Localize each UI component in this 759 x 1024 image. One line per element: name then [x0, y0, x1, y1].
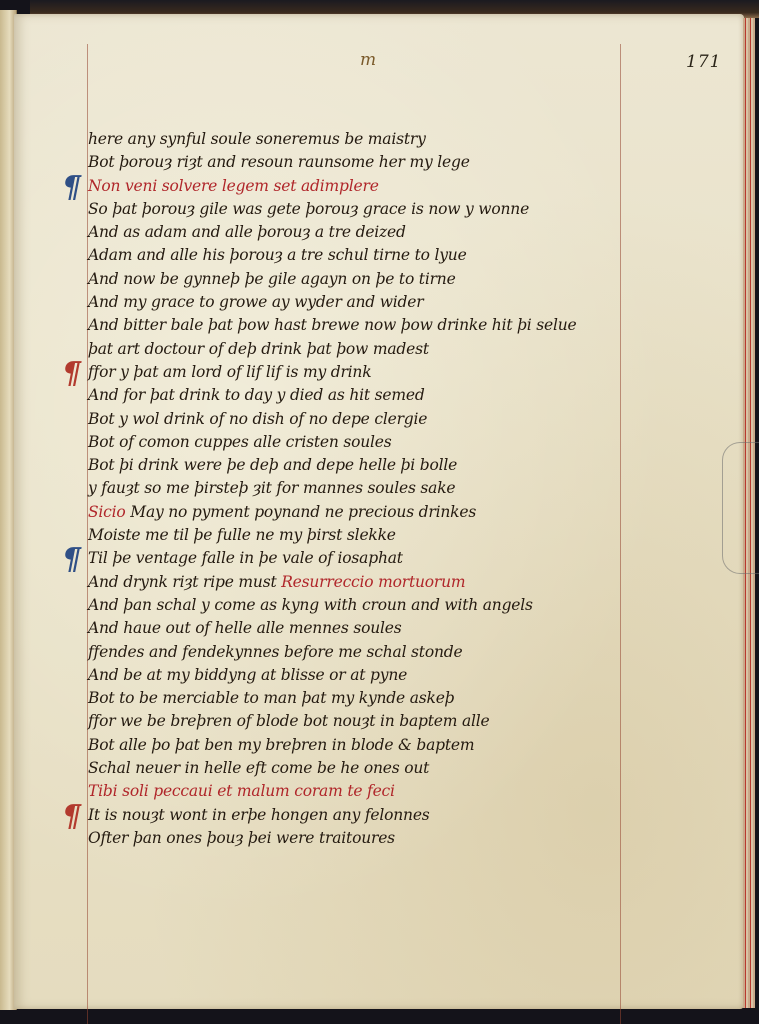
line-text: And my grace to growe ay wyder and wider — [88, 293, 423, 311]
line-text: And þan schal y come as kyng with croun … — [88, 596, 533, 614]
text-line: Moiste me til þe fulle ne my þirst slekk… — [88, 524, 708, 547]
text-line: Ofter þan ones þouȝ þei were traitoures — [88, 827, 708, 850]
text-line: And haue out of helle alle mennes soules — [88, 617, 708, 640]
text-line: ffendes and fendekynnes before me schal … — [88, 641, 708, 664]
line-text: And now be gynneþ þe gile agayn on þe to… — [88, 270, 456, 288]
text-line: And my grace to growe ay wyder and wider — [88, 291, 708, 314]
line-text: And haue out of helle alle mennes soules — [88, 619, 401, 637]
line-text: And for þat drink to day y died as hit s… — [88, 386, 425, 404]
line-text: þat art doctour of deþ drink þat þow mad… — [88, 340, 429, 358]
rubric-line: Tibi soli peccaui et malum coram te feci — [88, 780, 708, 803]
text-line: And now be gynneþ þe gile agayn on þe to… — [88, 268, 708, 291]
line-text: Bot þorouȝ riȝt and resoun raunsome her … — [88, 153, 470, 171]
text-line: And þan schal y come as kyng with croun … — [88, 594, 708, 617]
line-text: y fauȝt so me þirsteþ ȝit for mannes sou… — [88, 479, 455, 497]
line-text: Adam and alle his þorouȝ a tre schul tir… — [88, 246, 467, 264]
line-text: Tibi soli peccaui et malum coram te feci — [88, 782, 395, 800]
rubric-line: ¶Non veni solvere legem set adimplere — [88, 175, 708, 198]
text-block: here any synful soule soneremus be maist… — [88, 128, 708, 850]
text-line: And for þat drink to day y died as hit s… — [88, 384, 708, 407]
line-text: Bot þi drink were þe deþ and depe helle … — [88, 456, 457, 474]
text-line: þat art doctour of deþ drink þat þow mad… — [88, 338, 708, 361]
text-line: Bot þorouȝ riȝt and resoun raunsome her … — [88, 151, 708, 174]
line-text: And as adam and alle þorouȝ a tre deized — [88, 223, 406, 241]
rubric-phrase: Resurreccio mortuorum — [281, 573, 465, 591]
text-line: Adam and alle his þorouȝ a tre schul tir… — [88, 244, 708, 267]
text-line: Sicio May no pyment poynand ne precious … — [88, 501, 708, 524]
text-line: ¶ffor y þat am lord of lif lif is my dri… — [88, 361, 708, 384]
line-text: Schal neuer in helle eft come be he ones… — [88, 759, 429, 777]
text-line: Bot to be merciable to man þat my kynde … — [88, 687, 708, 710]
line-text: ffor we be breþren of blode bot nouȝt in… — [88, 712, 490, 730]
line-text: Bot of comon cuppes alle cristen soules — [88, 433, 392, 451]
text-line: And drynk riȝt ripe must Resurreccio mor… — [88, 571, 708, 594]
line-text: And be at my biddyng at blisse or at pyn… — [88, 666, 407, 684]
text-line: Schal neuer in helle eft come be he ones… — [88, 757, 708, 780]
text-line: So þat þorouȝ gile was gete þorouȝ grace… — [88, 198, 708, 221]
line-text: Bot alle þo þat ben my breþren in blode … — [88, 736, 474, 754]
text-line: ¶It is nouȝt wont in erþe hongen any fel… — [88, 804, 708, 827]
text-line: ¶Til þe ventage falle in þe vale of iosa… — [88, 547, 708, 570]
line-text: And drynk riȝt ripe must — [88, 573, 281, 591]
line-text: Moiste me til þe fulle ne my þirst slekk… — [88, 526, 396, 544]
folio-number: 171 — [686, 52, 721, 72]
line-text: Non veni solvere legem set adimplere — [88, 177, 379, 195]
line-text: It is nouȝt wont in erþe hongen any felo… — [88, 806, 430, 824]
paraph-mark-icon: ¶ — [62, 545, 81, 575]
paraph-mark-icon: ¶ — [62, 173, 81, 203]
paraph-mark-icon: ¶ — [62, 359, 81, 389]
line-text: May no pyment poynand ne precious drinke… — [126, 503, 477, 521]
text-line: y fauȝt so me þirsteþ ȝit for mannes sou… — [88, 477, 708, 500]
text-line: Bot of comon cuppes alle cristen soules — [88, 431, 708, 454]
line-text: Bot y wol drink of no dish of no depe cl… — [88, 410, 427, 428]
text-line: Bot alle þo þat ben my breþren in blode … — [88, 734, 708, 757]
line-text: And bitter bale þat þow hast brewe now þ… — [88, 316, 577, 334]
line-text: Bot to be merciable to man þat my kynde … — [88, 689, 454, 707]
line-text: So þat þorouȝ gile was gete þorouȝ grace… — [88, 200, 529, 218]
quire-mark: m — [360, 50, 376, 70]
line-text: Ofter þan ones þouȝ þei were traitoures — [88, 829, 395, 847]
text-line: here any synful soule soneremus be maist… — [88, 128, 708, 151]
line-text: ffendes and fendekynnes before me schal … — [88, 643, 462, 661]
text-line: Bot y wol drink of no dish of no depe cl… — [88, 408, 708, 431]
text-line: And be at my biddyng at blisse or at pyn… — [88, 664, 708, 687]
line-text: ffor y þat am lord of lif lif is my drin… — [88, 363, 371, 381]
paraph-mark-icon: ¶ — [62, 802, 81, 832]
rubric-word: Sicio — [88, 503, 126, 521]
line-text: Til þe ventage falle in þe vale of iosap… — [88, 549, 403, 567]
line-text: here any synful soule soneremus be maist… — [88, 130, 426, 148]
page-clip — [722, 442, 759, 574]
text-line: Bot þi drink were þe deþ and depe helle … — [88, 454, 708, 477]
text-line: ffor we be breþren of blode bot nouȝt in… — [88, 710, 708, 733]
text-line: And as adam and alle þorouȝ a tre deized — [88, 221, 708, 244]
text-line: And bitter bale þat þow hast brewe now þ… — [88, 314, 708, 337]
